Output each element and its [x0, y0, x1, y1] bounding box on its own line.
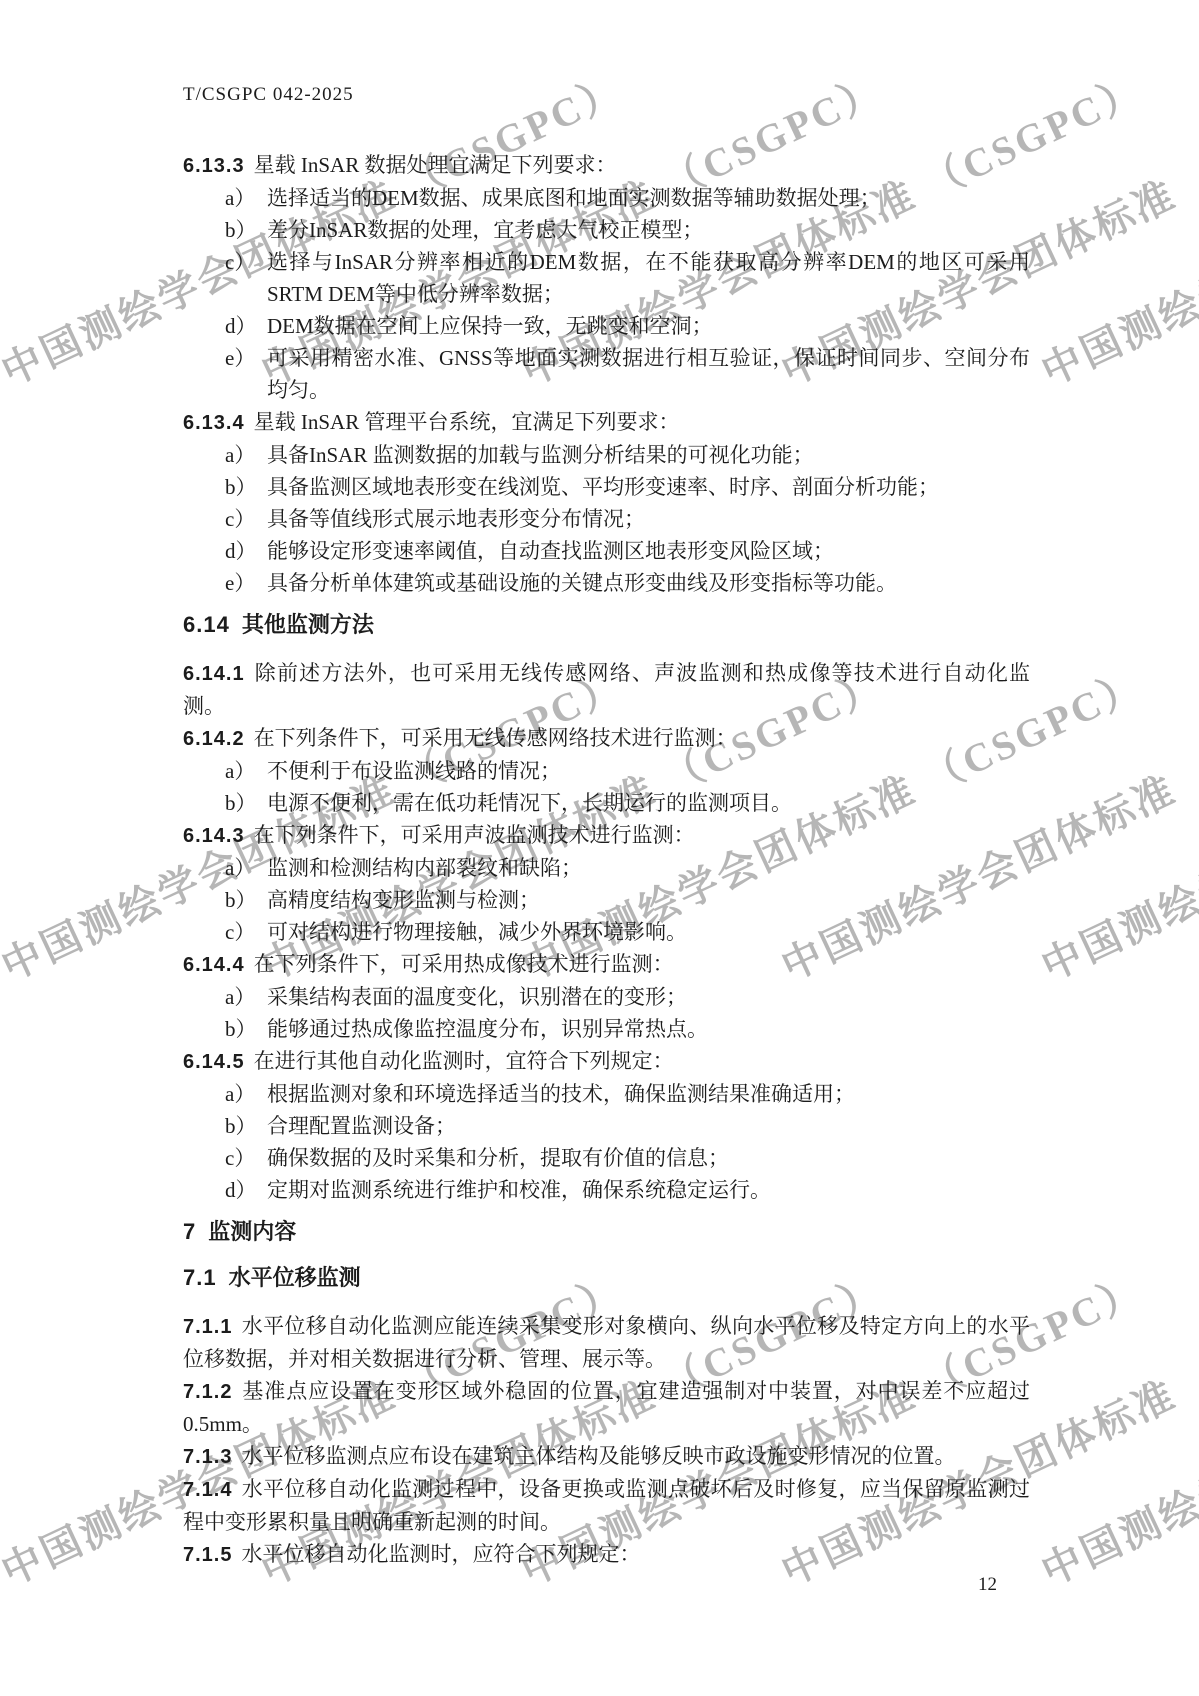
list-item-label: d） — [225, 310, 267, 342]
list-item: a）不便利于布设监测线路的情况； — [183, 755, 1030, 787]
list-item-text: 定期对监测系统进行维护和校准，确保系统稳定运行。 — [267, 1174, 1030, 1206]
list-item-label: b） — [225, 1110, 267, 1142]
clause-text: 水平位移自动化监测时，应符合下列规定： — [241, 1542, 640, 1566]
clause-text: 水平位移监测点应布设在建筑主体结构及能够反映市政设施变形情况的位置。 — [241, 1444, 955, 1468]
list-item-text: 具备等值线形式展示地表形变分布情况； — [267, 503, 1030, 535]
list-item-label: a） — [225, 852, 267, 884]
list-item-text: 具备InSAR 监测数据的加载与监测分析结果的可视化功能； — [267, 439, 1030, 471]
section-heading: 6.14其他监测方法 — [183, 609, 1030, 641]
clause-text: 基准点应设置在变形区域外稳固的位置，宜建造强制对中装置，对中误差不应超过 0.5… — [183, 1379, 1030, 1436]
list-item-text: 选择适当的DEM数据、成果底图和地面实测数据等辅助数据处理； — [267, 182, 1030, 214]
clause-number: 6.14.5 — [183, 1051, 245, 1073]
clause-text: 星载 InSAR 数据处理宜满足下列要求： — [254, 153, 617, 177]
list-item: e）可采用精密水准、GNSS等地面实测数据进行相互验证，保证时间同步、空间分布均… — [183, 342, 1030, 406]
clause-text: 监测内容 — [208, 1219, 296, 1244]
clause-number: 6.14.3 — [183, 825, 245, 847]
list-item-text: 选择与InSAR分辨率相近的DEM数据，在不能获取高分辨率DEM的地区可采用SR… — [267, 246, 1030, 310]
list-item-text: 电源不便利，需在低功耗情况下，长期运行的监测项目。 — [267, 787, 1030, 819]
clause-paragraph: 6.14.2在下列条件下，可采用无线传感网络技术进行监测： — [183, 722, 1030, 755]
list-item-label: a） — [225, 755, 267, 787]
list-item: c）可对结构进行物理接触，减少外界环境影响。 — [183, 916, 1030, 948]
list-item-text: 合理配置监测设备； — [267, 1110, 1030, 1142]
clause-paragraph: 6.14.1除前述方法外，也可采用无线传感网络、声波监测和热成像等技术进行自动化… — [183, 657, 1030, 722]
clause-paragraph: 7.1.3水平位移监测点应布设在建筑主体结构及能够反映市政设施变形情况的位置。 — [183, 1440, 1030, 1473]
section-heading: 7.1水平位移监测 — [183, 1262, 1030, 1294]
list-item-label: a） — [225, 1078, 267, 1110]
list-item: b）电源不便利，需在低功耗情况下，长期运行的监测项目。 — [183, 787, 1030, 819]
clause-number: 7 — [183, 1219, 196, 1244]
list-item-label: b） — [225, 1013, 267, 1045]
clause-text: 在进行其他自动化监测时，宜符合下列规定： — [254, 1049, 674, 1073]
list-item: b）差分InSAR数据的处理，宜考虑大气校正模型； — [183, 214, 1030, 246]
list-item: b）具备监测区域地表形变在线浏览、平均形变速率、时序、剖面分析功能； — [183, 471, 1030, 503]
list-item-label: b） — [225, 884, 267, 916]
list-item-text: 确保数据的及时采集和分析，提取有价值的信息； — [267, 1142, 1030, 1174]
clause-paragraph: 6.13.3星载 InSAR 数据处理宜满足下列要求： — [183, 149, 1030, 182]
list-item-label: c） — [225, 246, 267, 310]
list-item-text: 差分InSAR数据的处理，宜考虑大气校正模型； — [267, 214, 1030, 246]
clause-number: 7.1 — [183, 1265, 217, 1290]
clause-paragraph: 7.1.5水平位移自动化监测时，应符合下列规定： — [183, 1538, 1030, 1571]
clause-text: 在下列条件下，可采用声波监测技术进行监测： — [254, 823, 695, 847]
list-item-text: 能够通过热成像监控温度分布，识别异常热点。 — [267, 1013, 1030, 1045]
list-item-text: 可采用精密水准、GNSS等地面实测数据进行相互验证，保证时间同步、空间分布均匀。 — [267, 342, 1030, 406]
clause-paragraph: 6.14.4在下列条件下，可采用热成像技术进行监测： — [183, 948, 1030, 981]
list-item: c）选择与InSAR分辨率相近的DEM数据，在不能获取高分辨率DEM的地区可采用… — [183, 246, 1030, 310]
standard-code-header: T/CSGPC 042-2025 — [183, 84, 354, 106]
list-item: b）合理配置监测设备； — [183, 1110, 1030, 1142]
list-item: b）高精度结构变形监测与检测； — [183, 884, 1030, 916]
page-number: 12 — [978, 1574, 997, 1596]
clause-number: 7.1.4 — [183, 1479, 232, 1501]
clause-text: 星载 InSAR 管理平台系统，宜满足下列要求： — [254, 410, 680, 434]
clause-paragraph: 6.14.3在下列条件下，可采用声波监测技术进行监测： — [183, 819, 1030, 852]
clause-paragraph: 7.1.2基准点应设置在变形区域外稳固的位置，宜建造强制对中装置，对中误差不应超… — [183, 1375, 1030, 1440]
list-item: a）具备InSAR 监测数据的加载与监测分析结果的可视化功能； — [183, 439, 1030, 471]
list-item-label: c） — [225, 503, 267, 535]
list-item: e）具备分析单体建筑或基础设施的关键点形变曲线及形变指标等功能。 — [183, 567, 1030, 599]
clause-number: 7.1.5 — [183, 1544, 232, 1566]
list-item: a）监测和检测结构内部裂纹和缺陷； — [183, 852, 1030, 884]
clause-number: 6.14.4 — [183, 954, 245, 976]
clause-text: 水平位移自动化监测过程中，设备更换或监测点破坏后及时修复，应当保留原监测过程中变… — [183, 1477, 1030, 1534]
list-item: c）确保数据的及时采集和分析，提取有价值的信息； — [183, 1142, 1030, 1174]
list-item: d）DEM数据在空间上应保持一致，无跳变和空洞； — [183, 310, 1030, 342]
clause-paragraph: 7.1.1水平位移自动化监测应能连续采集变形对象横向、纵向水平位移及特定方向上的… — [183, 1310, 1030, 1375]
list-item: b）能够通过热成像监控温度分布，识别异常热点。 — [183, 1013, 1030, 1045]
document-content-layer: T/CSGPC 042-2025 6.13.3星载 InSAR 数据处理宜满足下… — [0, 0, 1199, 1696]
list-item-text: 可对结构进行物理接触，减少外界环境影响。 — [267, 916, 1030, 948]
list-item-label: d） — [225, 1174, 267, 1206]
list-item-label: a） — [225, 439, 267, 471]
clause-number: 7.1.1 — [183, 1316, 232, 1338]
list-item: a）根据监测对象和环境选择适当的技术，确保监测结果准确适用； — [183, 1078, 1030, 1110]
clause-number: 6.14.2 — [183, 728, 245, 750]
clause-paragraph: 7.1.4水平位移自动化监测过程中，设备更换或监测点破坏后及时修复，应当保留原监… — [183, 1473, 1030, 1538]
list-item-text: 高精度结构变形监测与检测； — [267, 884, 1030, 916]
list-item-label: e） — [225, 567, 267, 599]
clause-number: 6.14 — [183, 612, 230, 637]
clause-text: 其他监测方法 — [242, 612, 374, 637]
clause-number: 7.1.3 — [183, 1446, 232, 1468]
clause-text: 在下列条件下，可采用热成像技术进行监测： — [254, 952, 674, 976]
clause-text: 除前述方法外，也可采用无线传感网络、声波监测和热成像等技术进行自动化监测。 — [183, 661, 1030, 718]
list-item-text: 采集结构表面的温度变化，识别潜在的变形； — [267, 981, 1030, 1013]
list-item: a）选择适当的DEM数据、成果底图和地面实测数据等辅助数据处理； — [183, 182, 1030, 214]
clause-text: 在下列条件下，可采用无线传感网络技术进行监测： — [254, 726, 737, 750]
clause-text: 水平位移监测 — [229, 1265, 361, 1290]
list-item-text: 不便利于布设监测线路的情况； — [267, 755, 1030, 787]
list-item-label: a） — [225, 182, 267, 214]
clause-paragraph: 6.13.4星载 InSAR 管理平台系统，宜满足下列要求： — [183, 406, 1030, 439]
list-item: d）定期对监测系统进行维护和校准，确保系统稳定运行。 — [183, 1174, 1030, 1206]
list-item: c）具备等值线形式展示地表形变分布情况； — [183, 503, 1030, 535]
list-item: a）采集结构表面的温度变化，识别潜在的变形； — [183, 981, 1030, 1013]
clause-number: 7.1.2 — [183, 1381, 232, 1403]
list-item-label: d） — [225, 535, 267, 567]
clause-paragraph: 6.14.5在进行其他自动化监测时，宜符合下列规定： — [183, 1045, 1030, 1078]
list-item-text: 监测和检测结构内部裂纹和缺陷； — [267, 852, 1030, 884]
list-item-label: e） — [225, 342, 267, 406]
list-item-label: b） — [225, 214, 267, 246]
list-item-text: 能够设定形变速率阈值，自动查找监测区地表形变风险区域； — [267, 535, 1030, 567]
clause-number: 6.14.1 — [183, 663, 245, 685]
section-heading: 7监测内容 — [183, 1216, 1030, 1248]
list-item-text: DEM数据在空间上应保持一致，无跳变和空洞； — [267, 310, 1030, 342]
list-item: d）能够设定形变速率阈值，自动查找监测区地表形变风险区域； — [183, 535, 1030, 567]
list-item-label: b） — [225, 787, 267, 819]
list-item-text: 根据监测对象和环境选择适当的技术，确保监测结果准确适用； — [267, 1078, 1030, 1110]
clause-number: 6.13.3 — [183, 155, 245, 177]
clause-number: 6.13.4 — [183, 412, 245, 434]
list-item-text: 具备监测区域地表形变在线浏览、平均形变速率、时序、剖面分析功能； — [267, 471, 1030, 503]
list-item-label: c） — [225, 916, 267, 948]
list-item-label: b） — [225, 471, 267, 503]
list-item-label: a） — [225, 981, 267, 1013]
clause-text: 水平位移自动化监测应能连续采集变形对象横向、纵向水平位移及特定方向上的水平位移数… — [183, 1314, 1030, 1371]
document-page: 中国测绘学会团体标准 （CSGPC）中国测绘学会团体标准 （CSGPC）中国测绘… — [0, 0, 1199, 1696]
document-body: 6.13.3星载 InSAR 数据处理宜满足下列要求：a）选择适当的DEM数据、… — [183, 149, 1030, 1571]
list-item-label: c） — [225, 1142, 267, 1174]
list-item-text: 具备分析单体建筑或基础设施的关键点形变曲线及形变指标等功能。 — [267, 567, 1030, 599]
